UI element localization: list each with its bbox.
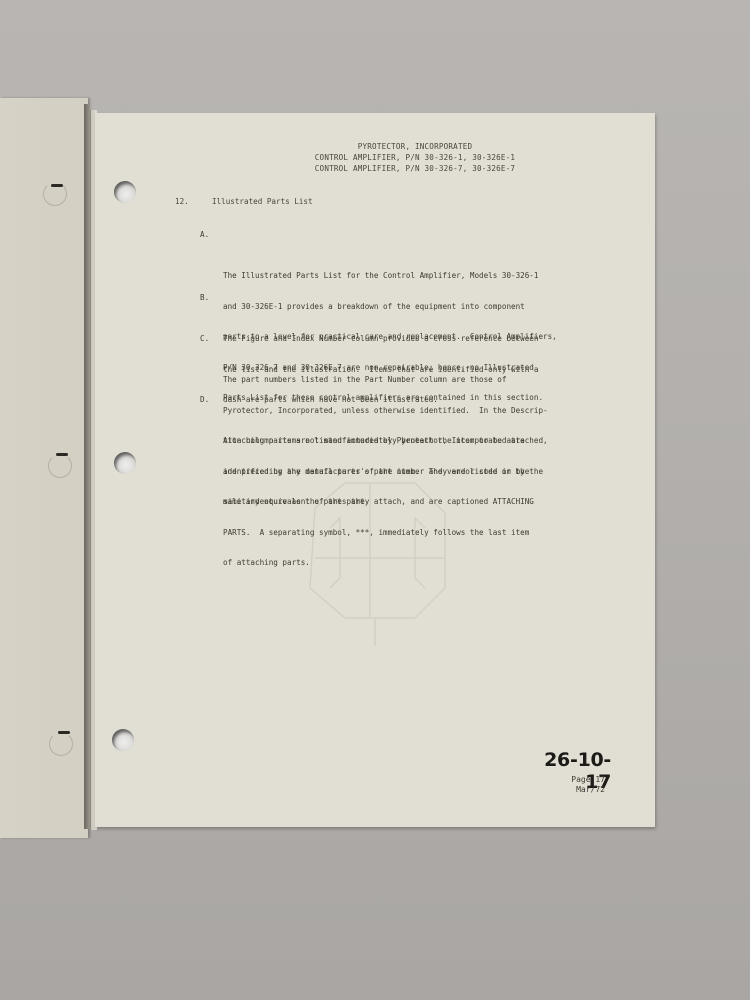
show-through-illustration (285, 468, 465, 648)
paragraph-letter: B. (200, 293, 209, 303)
punch-hole-middle (114, 452, 136, 474)
left-punch-ring-middle (48, 454, 72, 478)
left-punch-ring-bottom (49, 732, 73, 756)
section-title: Illustrated Parts List (212, 197, 313, 206)
left-punch-slit-bottom (58, 731, 70, 734)
page-number: Page 17 (535, 775, 605, 784)
header-part-line-2: CONTROL AMPLIFIER, P/N 30-326-7, 30-326E… (135, 163, 695, 174)
paragraph-letter: D. (200, 395, 209, 405)
header-part-line-1: CONTROL AMPLIFIER, P/N 30-326-1, 30-326E… (135, 152, 695, 163)
header-company: PYROTECTOR, INCORPORATED (135, 141, 695, 152)
paragraph-letter: C. (200, 334, 209, 344)
document-header: PYROTECTOR, INCORPORATED CONTROL AMPLIFI… (95, 141, 655, 174)
paragraph-d: D. Attaching parts are listed immediatel… (200, 385, 620, 426)
left-punch-slit-middle (56, 453, 68, 456)
paragraph-letter: A. (200, 230, 209, 240)
paragraph-b: B. The Figure and Index Number column pr… (200, 283, 620, 324)
section-number: 12. (175, 197, 212, 206)
punch-hole-top (114, 181, 136, 203)
revision-date: Mar/72 (535, 785, 605, 794)
punch-hole-bottom (112, 729, 134, 751)
left-punch-slit-top (51, 184, 63, 187)
previous-page-sheet (0, 98, 88, 838)
document-page: PYROTECTOR, INCORPORATED CONTROL AMPLIFI… (95, 113, 655, 827)
paragraph-a: A. The Illustrated Parts List for the Co… (200, 220, 620, 261)
paragraph-c: C. The part numbers listed in the Part N… (200, 324, 620, 365)
section-heading: 12.Illustrated Parts List (175, 197, 313, 206)
